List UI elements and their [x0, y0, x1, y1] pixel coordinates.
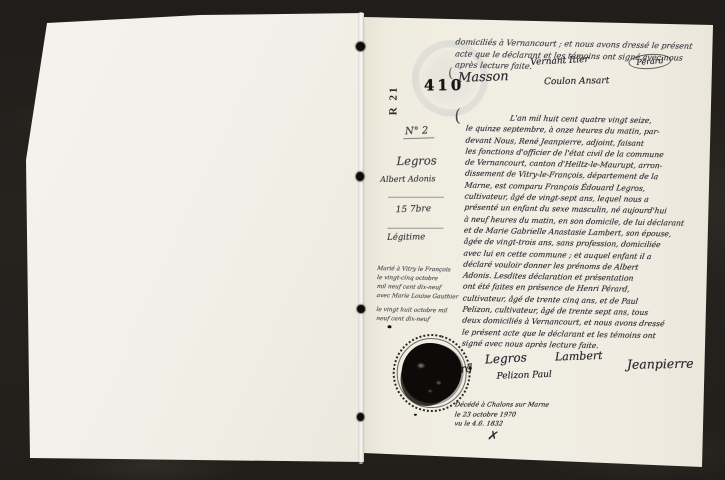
ink-splatter	[469, 367, 472, 370]
death-note-line: vu le 4.6. 1832	[454, 420, 550, 430]
register-scan: R 21 410 domiciliés à Vernancourt ; et n…	[0, 0, 725, 480]
binding-hole	[356, 42, 365, 51]
signature-prev-3: Masson	[458, 69, 509, 86]
death-mention-note: Décédé à Chalons sur Marnele 23 octobre …	[454, 400, 548, 430]
act-body-text: L'an mil huit cent quatre vingt seize,le…	[461, 112, 713, 354]
death-note-line: Décédé à Chalons sur Marne	[454, 401, 550, 411]
signature-declarant: Legros	[485, 350, 528, 366]
binding-seam	[358, 12, 365, 464]
marriage-note-line: neuf cent dix-neuf	[376, 315, 469, 326]
binding-hole	[357, 413, 364, 421]
signature-prev-4: Coulon Ansart	[544, 76, 609, 87]
right-page-act: R 21 410 domiciliés à Vernancourt ; et n…	[363, 13, 715, 469]
signature-officer: Jeanpierre	[627, 356, 694, 372]
margin-act-number: N° 2	[403, 125, 435, 139]
side-mark-text: R 21	[387, 97, 399, 115]
right-page-content: R 21 410 domiciliés à Vernancourt ; et n…	[355, 13, 715, 475]
margin-filiation: Légitime	[387, 232, 425, 243]
ink-splatter	[414, 414, 417, 416]
signature-witness-2: Pelizon Paul	[496, 370, 552, 382]
signature-2: Lambert	[555, 349, 603, 364]
margin-marriage-note: Marié à Vitry le Françoisle vingt-cinq o…	[376, 265, 469, 326]
side-mark-stamp: R 21	[387, 53, 406, 129]
binding-hole	[356, 172, 364, 181]
margin-rule	[388, 197, 444, 198]
margin-date: 15 7bre	[395, 204, 431, 215]
binding-hole	[357, 305, 365, 313]
marriage-note-line: avec Marie Louise Gauthier	[376, 292, 469, 303]
paraph-cross-icon: ✗	[486, 428, 500, 445]
left-page-blank	[26, 10, 364, 464]
death-note-line: le 23 octobre 1970	[454, 410, 550, 420]
margin-rule	[387, 228, 443, 229]
margin-surname: Legros	[396, 153, 436, 168]
margin-given-names: Albert Adonis	[380, 174, 435, 184]
ink-splatter	[387, 325, 391, 328]
